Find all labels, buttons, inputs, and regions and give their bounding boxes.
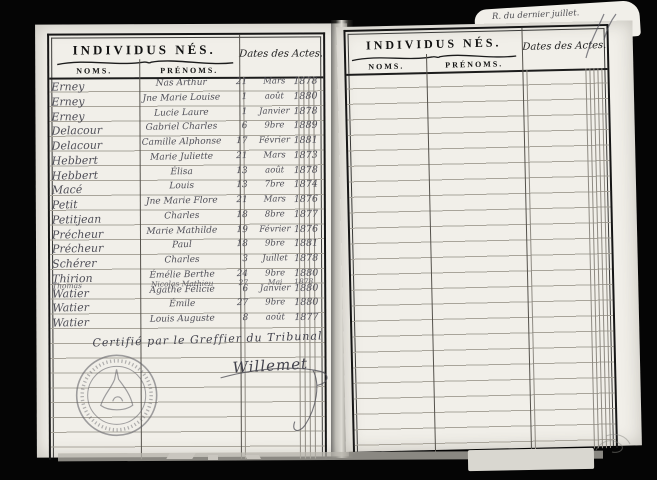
day-cell: 19	[230, 224, 248, 234]
year-cell: 1880	[293, 90, 333, 102]
day-cell: 21	[229, 77, 247, 87]
prenom-cell: Charles	[136, 254, 228, 266]
prenom-cell: Élisa	[136, 166, 228, 178]
nom-cell: Petit	[52, 197, 136, 212]
prenom-cell: Jne Marie Flore	[136, 195, 228, 207]
year-cell: 1881	[293, 134, 333, 146]
day-cell: 21	[230, 151, 248, 161]
month-cell: Mars	[249, 76, 299, 87]
right-table-header: INDIVIDUS NÉS. NOMS. PRÉNOMS. Dates des …	[345, 26, 606, 32]
day-cell: 18	[230, 210, 248, 220]
month-cell: août	[249, 91, 299, 102]
left-entries: ErneyNas Arthur21Mars1878ErneyJne Marie …	[35, 23, 347, 24]
year-cell: 1878	[294, 164, 334, 176]
day-cell: 1	[229, 106, 247, 116]
nom-cell: Watier	[52, 286, 136, 301]
nom-cell: Watier	[52, 315, 136, 330]
month-cell: Mars	[250, 194, 300, 205]
left-col-noms: NOMS.	[49, 66, 139, 75]
right-page: INDIVIDUS NÉS. NOMS. PRÉNOMS. Dates des …	[336, 20, 642, 452]
month-cell: Février	[249, 135, 299, 146]
day-cell: 1	[229, 92, 247, 102]
right-col-noms: NOMS.	[346, 61, 426, 72]
paper-speck	[166, 453, 195, 459]
day-cell: 27	[230, 298, 248, 308]
left-col-prenoms: PRÉNOMS.	[139, 66, 239, 75]
prenom-cell: Agathe Félicie	[136, 284, 228, 296]
nom-cell: Delacour	[51, 138, 135, 153]
nom-cell: Delacour	[51, 123, 135, 138]
prenom-cell: Louis	[136, 181, 228, 193]
pen-stroke	[578, 12, 624, 62]
month-cell: août	[250, 312, 300, 323]
month-cell: 9bre	[250, 238, 300, 249]
month-cell: 9bre	[250, 297, 300, 308]
prenom-cell: Marie Mathilde	[136, 225, 228, 237]
year-cell: 1878	[294, 252, 334, 264]
day-cell: 13	[230, 180, 248, 190]
nom-cell: Petitjean	[52, 212, 136, 227]
nom-cell: Erney	[51, 79, 135, 94]
month-cell: Juillet	[250, 253, 300, 264]
month-cell: Février	[250, 224, 300, 235]
nom-cell: Précheur	[52, 227, 136, 242]
prenom-cell: Camille Alphonse	[135, 136, 227, 148]
month-cell: août	[250, 165, 300, 176]
prenom-cell: Marie Juliette	[136, 151, 228, 163]
paper-speck	[208, 455, 218, 460]
official-stamp	[70, 349, 162, 441]
year-cell: 1877	[294, 311, 334, 323]
prenom-cell: Gabriel Charles	[135, 122, 227, 134]
year-cell: 1873	[293, 149, 333, 161]
month-cell: 7bre	[250, 179, 300, 190]
month-cell: 8bre	[250, 209, 300, 220]
right-table: INDIVIDUS NÉS. NOMS. PRÉNOMS. Dates des …	[343, 24, 618, 454]
paper-speck	[245, 455, 261, 459]
nom-cell: Précheur	[52, 241, 136, 256]
month-cell: Janvier	[249, 106, 299, 117]
nom-cell: Erney	[51, 94, 135, 109]
prenom-cell: Jne Marie Louise	[135, 92, 227, 104]
year-cell: 1874	[294, 179, 334, 191]
day-cell: 13	[230, 165, 248, 175]
right-ruled-area	[346, 68, 616, 454]
year-cell: 1876	[294, 193, 334, 205]
year-cell: 1889	[293, 120, 333, 132]
nom-cell: Erney	[51, 109, 135, 124]
nom-cell: Schérer	[52, 256, 136, 271]
day-cell: 3	[230, 254, 248, 264]
month-cell: Janvier	[250, 283, 300, 294]
prenom-cell: Louis Auguste	[136, 313, 228, 325]
year-cell: 1876	[294, 223, 334, 235]
prenom-cell: Paul	[136, 240, 228, 252]
day-cell: 21	[230, 195, 248, 205]
year-cell: 1880	[294, 296, 334, 308]
year-cell: 1881	[294, 238, 334, 250]
year-cell: 1877	[294, 208, 334, 220]
register-book-scan: INDIVIDUS NÉS. NOMS. PRÉNOMS. Dates des …	[0, 0, 657, 480]
nom-cell: Hebbert	[52, 168, 136, 183]
nom-cell: Hebbert	[52, 153, 136, 168]
nom-cell: Watier	[52, 300, 136, 315]
right-col-prenoms: PRÉNOMS.	[426, 59, 522, 70]
year-cell: 1880	[294, 282, 334, 294]
year-cell: 1878	[293, 105, 333, 117]
month-cell: 9bre	[249, 120, 299, 131]
day-cell: 18	[230, 239, 248, 249]
prenom-cell: Émile	[136, 298, 228, 310]
day-cell: 17	[229, 136, 247, 146]
page-edge-chunk	[468, 448, 594, 471]
left-table-header: INDIVIDUS NÉS. NOMS. PRÉNOMS. Dates des …	[49, 34, 323, 35]
day-cell: 6	[229, 121, 247, 131]
prenom-cell: Lucie Laure	[135, 107, 227, 119]
day-cell: 8	[230, 313, 248, 323]
signature-flourish	[217, 363, 337, 444]
nom-cell: Macé	[52, 182, 136, 197]
left-col-dates: Dates des Actes.	[239, 48, 324, 59]
prenom-cell: Nas Arthur	[135, 77, 227, 89]
day-cell: 6	[230, 284, 248, 294]
month-cell: Mars	[249, 150, 299, 161]
left-page: INDIVIDUS NÉS. NOMS. PRÉNOMS. Dates des …	[35, 23, 349, 457]
prenom-cell: Charles	[136, 210, 228, 222]
year-cell: 1878	[293, 75, 333, 87]
